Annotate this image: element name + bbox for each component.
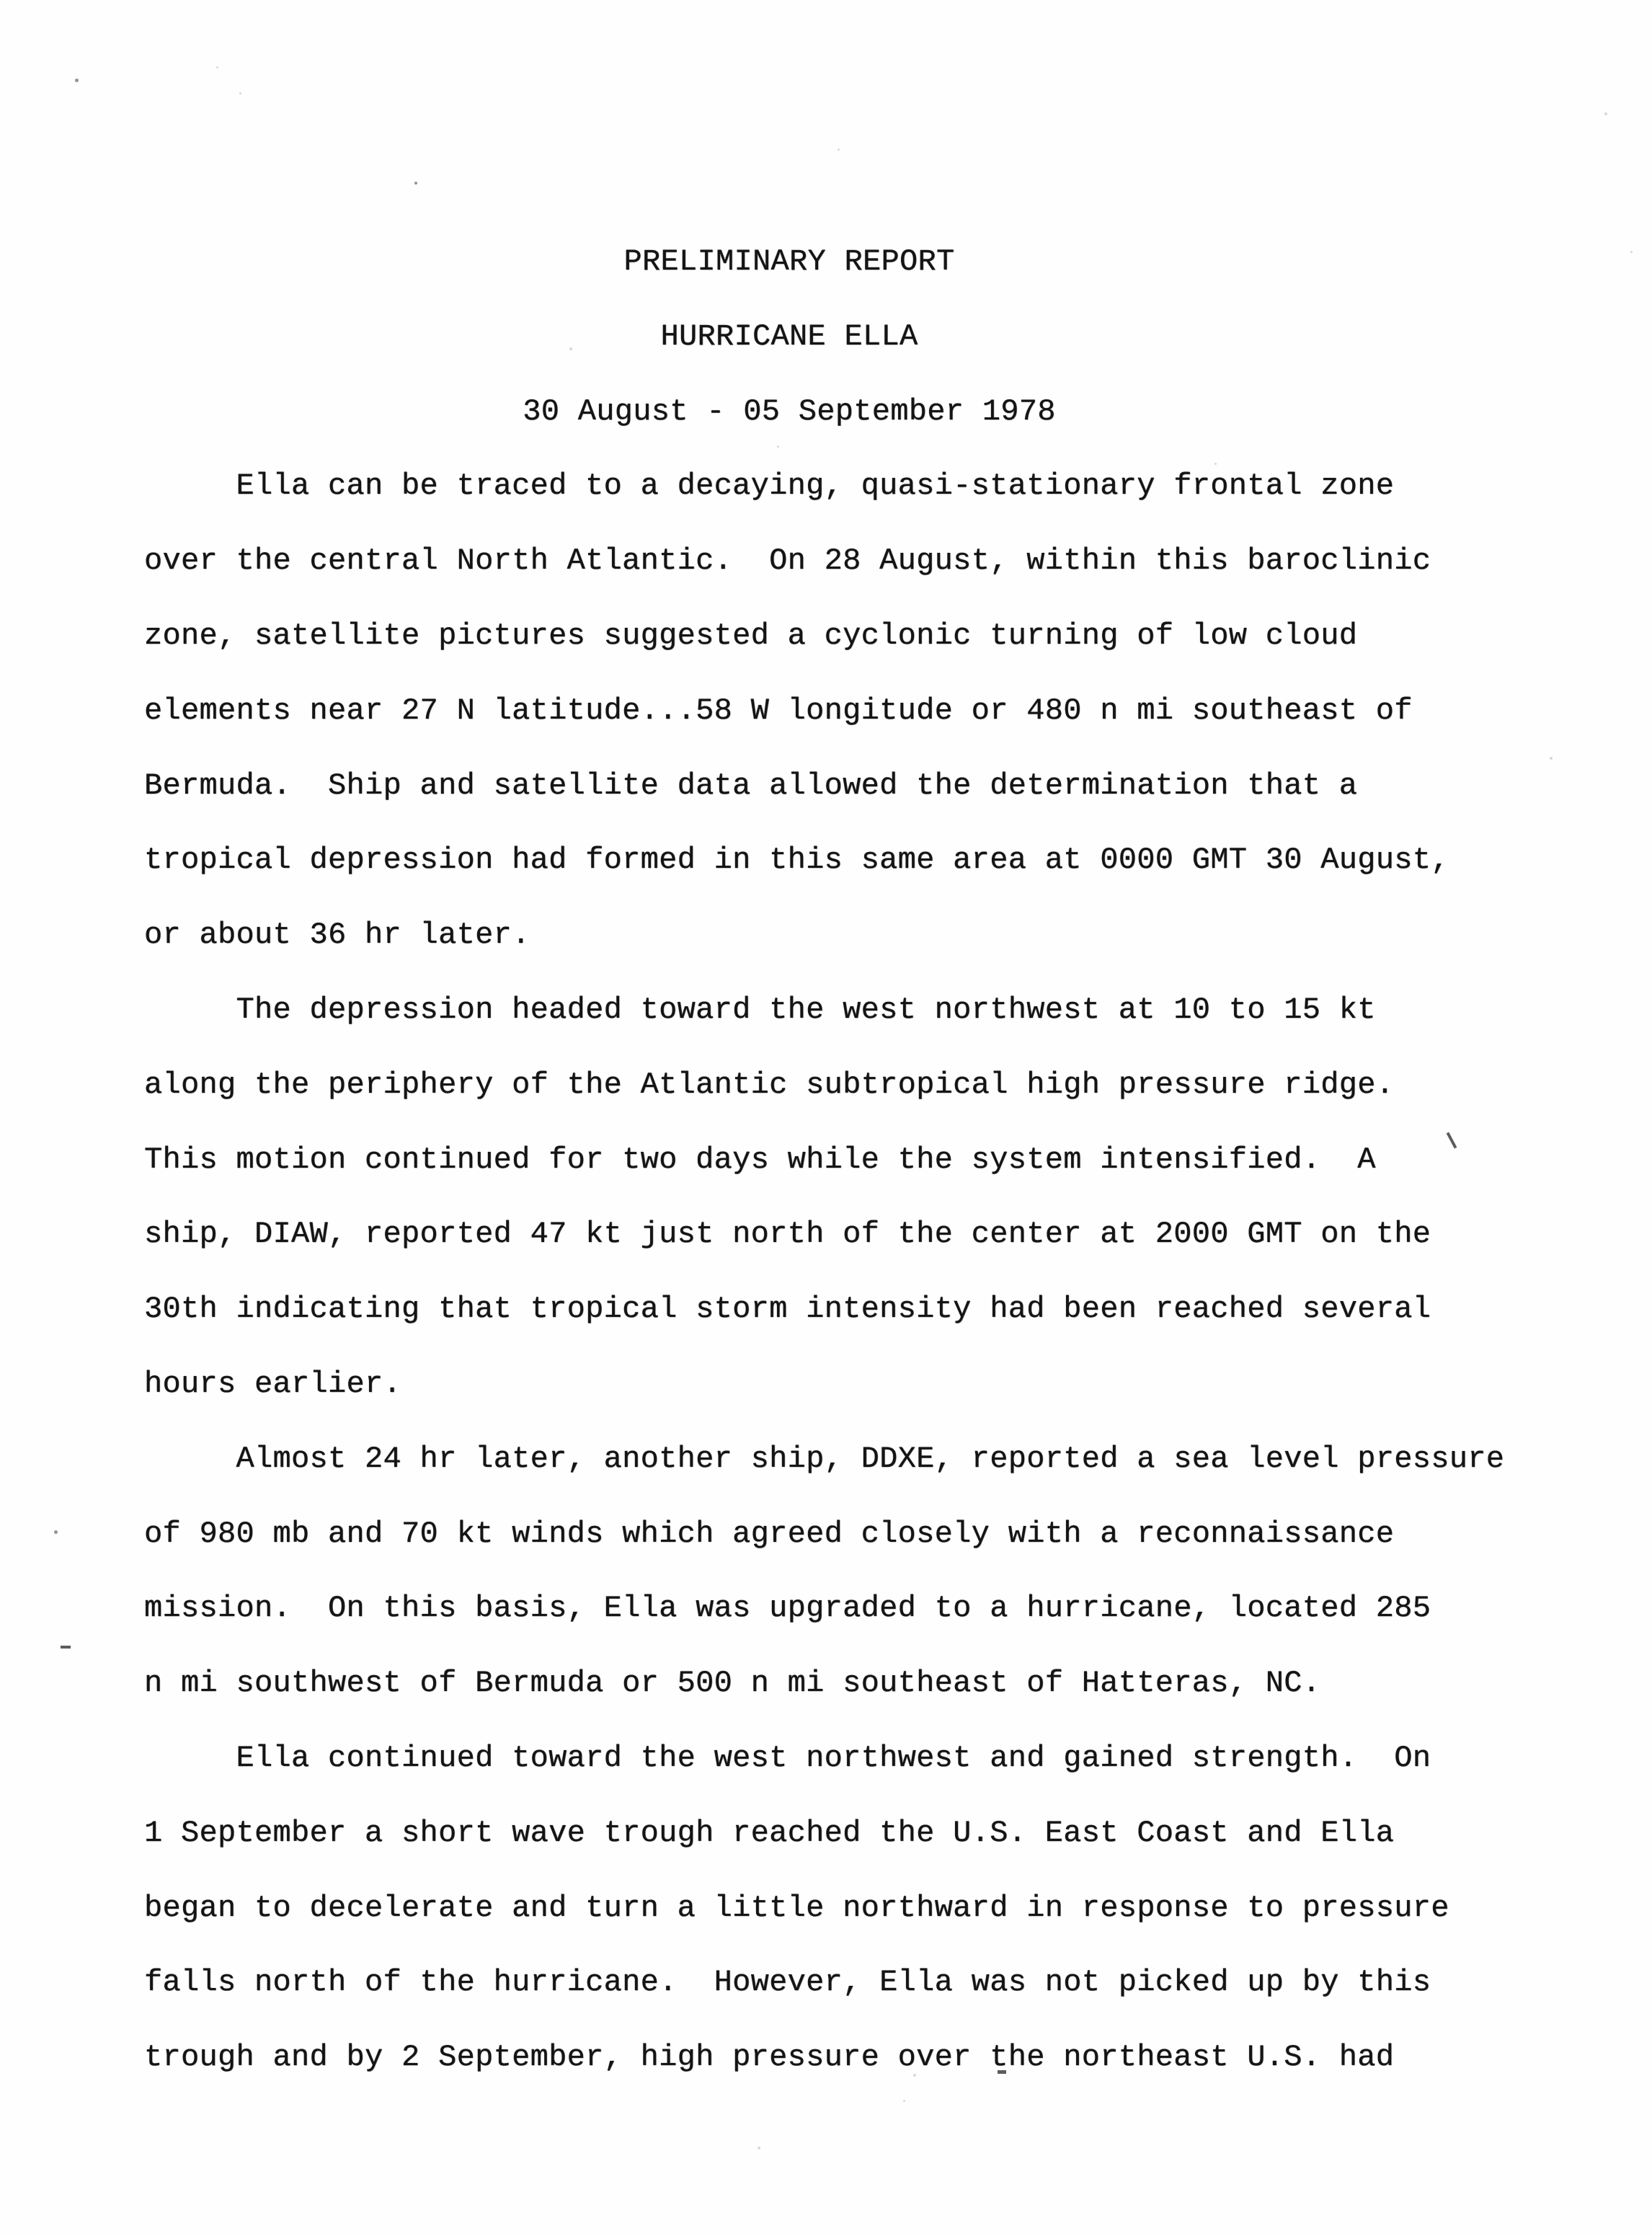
body-line: ship, DIAW, reported 47 kt just north of… (144, 1197, 1434, 1272)
scan-speck (239, 92, 241, 94)
body-line: of 980 mb and 70 kt winds which agreed c… (144, 1497, 1434, 1572)
body-line: Bermuda. Ship and satellite data allowed… (144, 749, 1434, 824)
scan-speck (569, 347, 572, 350)
scan-speck (54, 1530, 58, 1534)
body-line: The depression headed toward the west no… (144, 973, 1434, 1048)
storm-name-title: HURRICANE ELLA (144, 300, 1434, 375)
scan-speck (758, 2147, 760, 2150)
body-line: along the periphery of the Atlantic subt… (144, 1048, 1434, 1123)
body-line: Ella continued toward the west northwest… (144, 1721, 1434, 1796)
scan-speck (903, 2100, 905, 2102)
body-line: Almost 24 hr later, another ship, DDXE, … (144, 1422, 1434, 1497)
body-line: This motion continued for two days while… (144, 1123, 1434, 1198)
body-line: or about 36 hr later. (144, 898, 1434, 973)
body-line: hours earlier. (144, 1347, 1434, 1422)
scan-speck (414, 182, 417, 185)
body-line: 30th indicating that tropical storm inte… (144, 1272, 1434, 1347)
body-line: mission. On this basis, Ella was upgrade… (144, 1571, 1434, 1646)
report-body: PRELIMINARY REPORT HURRICANE ELLA 30 Aug… (144, 225, 1434, 2095)
scan-dash-mark (998, 2070, 1006, 2074)
body-line: 1 September a short wave trough reached … (144, 1796, 1434, 1871)
scan-speck (1550, 757, 1553, 760)
scan-speck (1630, 251, 1633, 253)
date-range: 30 August - 05 September 1978 (144, 375, 1434, 450)
body-line: falls north of the hurricane. However, E… (144, 1946, 1434, 2020)
scan-speck (913, 2074, 916, 2077)
body-line: over the central North Atlantic. On 28 A… (144, 524, 1434, 599)
body-line: n mi southwest of Bermuda or 500 n mi so… (144, 1646, 1434, 1721)
body-line: tropical depression had formed in this s… (144, 823, 1434, 898)
body-line: elements near 27 N latitude...58 W longi… (144, 674, 1434, 749)
scan-speck (75, 79, 79, 82)
document-page: PRELIMINARY REPORT HURRICANE ELLA 30 Aug… (0, 0, 1652, 2236)
scan-speck (1214, 463, 1217, 465)
scan-speck (777, 445, 779, 448)
report-type-title: PRELIMINARY REPORT (144, 225, 1434, 300)
scan-dash-mark (61, 1646, 71, 1649)
body-line: Ella can be traced to a decaying, quasi-… (144, 449, 1434, 524)
body-line: trough and by 2 September, high pressure… (144, 2020, 1434, 2095)
body-line: zone, satellite pictures suggested a cyc… (144, 599, 1434, 674)
body-line: began to decelerate and turn a little no… (144, 1871, 1434, 1946)
scan-speck (838, 148, 840, 151)
scan-stroke-mark (1447, 1132, 1457, 1148)
scan-speck (1604, 112, 1607, 115)
scan-speck (216, 66, 218, 68)
